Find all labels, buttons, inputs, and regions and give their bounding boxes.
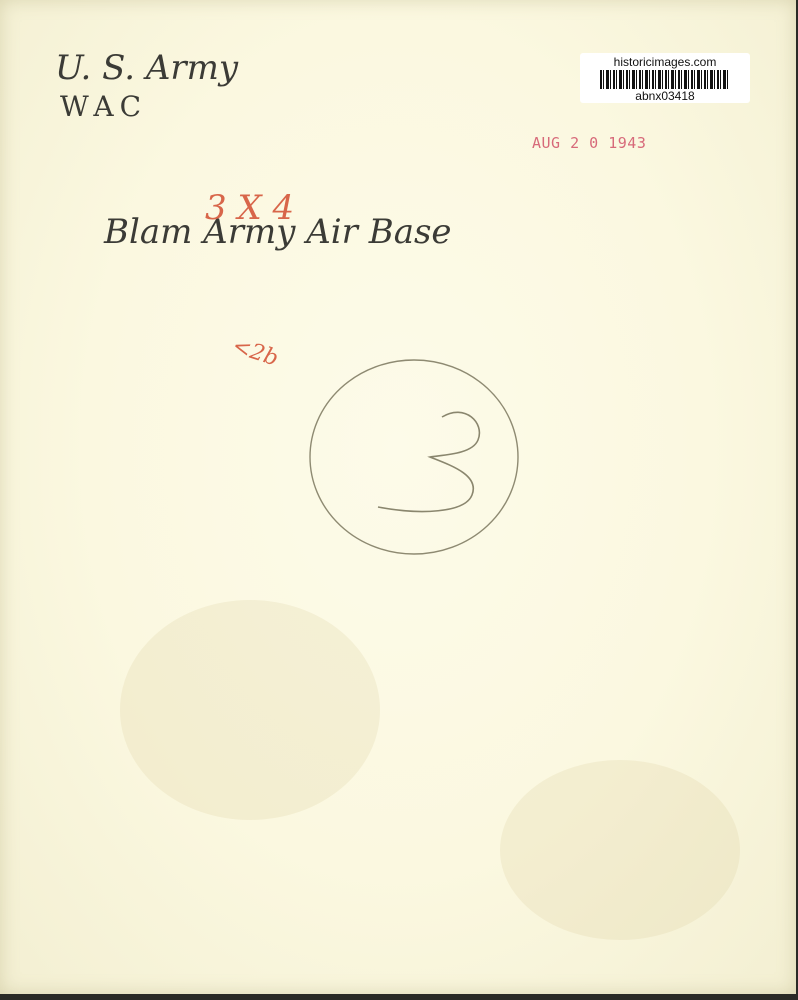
historicimages-barcode-label: historicimages.com abnx03418 [580,53,750,103]
paper-stain [120,600,380,820]
label-site: historicimages.com [580,55,750,69]
paper-stain [500,760,740,940]
red-mark: <2b [229,333,281,371]
label-code: abnx03418 [580,89,750,103]
handwritten-us-army: U. S. Army [55,48,238,88]
photo-back-page: U. S. Army WAC historicimages.com abnx03… [0,0,796,994]
date-stamp: AUG 2 0 1943 [532,134,646,152]
barcode-icon [600,70,730,89]
red-size-annotation: 3 X 4 [205,188,294,228]
circled-number-three-icon [300,355,530,565]
handwritten-wac: WAC [60,90,147,123]
